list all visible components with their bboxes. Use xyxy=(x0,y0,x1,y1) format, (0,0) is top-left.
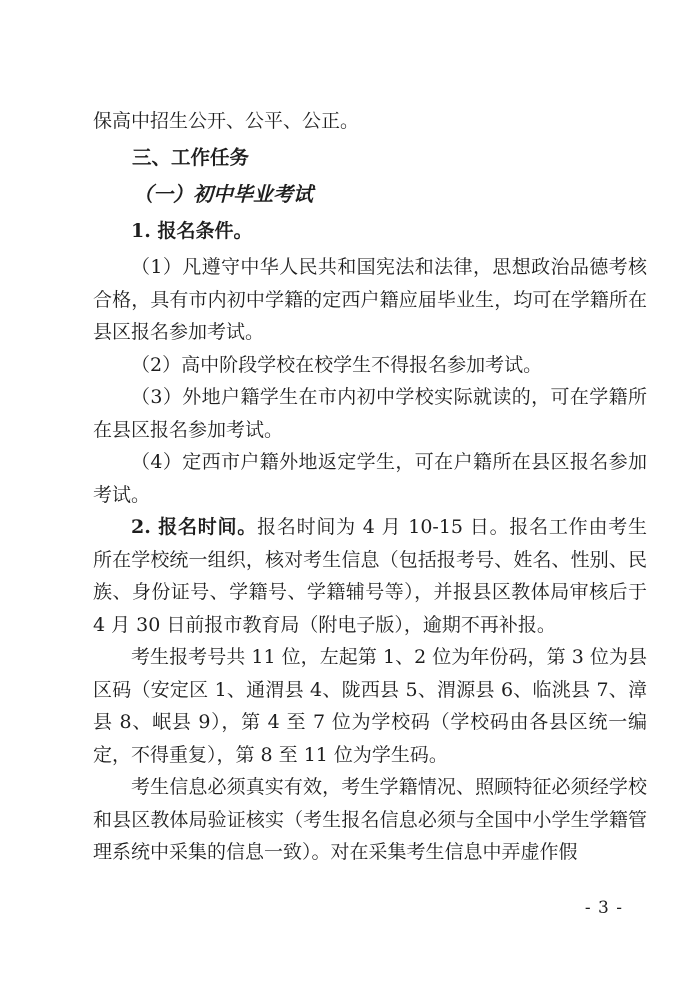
paragraph-condition-2: （2）高中阶段学校在校学生不得报名参加考试。 xyxy=(93,349,647,382)
subsection-heading: （一）初中毕业考试 xyxy=(93,178,647,211)
paragraph-registration-time: 2. 报名时间。报名时间为 4 月 10-15 日。报名工作由考生所在学校统一组… xyxy=(93,511,647,641)
paragraph-condition-1: （1）凡遵守中华人民共和国宪法和法律，思想政治品德考核合格，具有市内初中学籍的定… xyxy=(93,251,647,349)
page-number: - 3 - xyxy=(585,898,623,918)
paragraph-condition-4: （4）定西市户籍外地返定学生，可在户籍所在县区报名参加考试。 xyxy=(93,446,647,511)
paragraph-continuation: 保高中招生公开、公平、公正。 xyxy=(93,105,647,138)
paragraph-condition-3: （3）外地户籍学生在市内初中学校实际就读的，可在学籍所在县区报名参加考试。 xyxy=(93,381,647,446)
section-heading: 三、工作任务 xyxy=(93,142,647,175)
document-page: 保高中招生公开、公平、公正。 三、工作任务 （一）初中毕业考试 1. 报名条件。… xyxy=(0,0,700,990)
paragraph-lead: 2. 报名时间。 xyxy=(131,516,257,538)
paragraph-info-verification: 考生信息必须真实有效，考生学籍情况、照顾特征必须经学校和县区教体局验证核实（考生… xyxy=(93,771,647,869)
paragraph-exam-number-rules: 考生报考号共 11 位，左起第 1、2 位为年份码，第 3 位为县区码（安定区 … xyxy=(93,641,647,771)
document-body: 保高中招生公开、公平、公正。 三、工作任务 （一）初中毕业考试 1. 报名条件。… xyxy=(93,105,647,869)
item-heading-registration-conditions: 1. 报名条件。 xyxy=(93,215,647,248)
